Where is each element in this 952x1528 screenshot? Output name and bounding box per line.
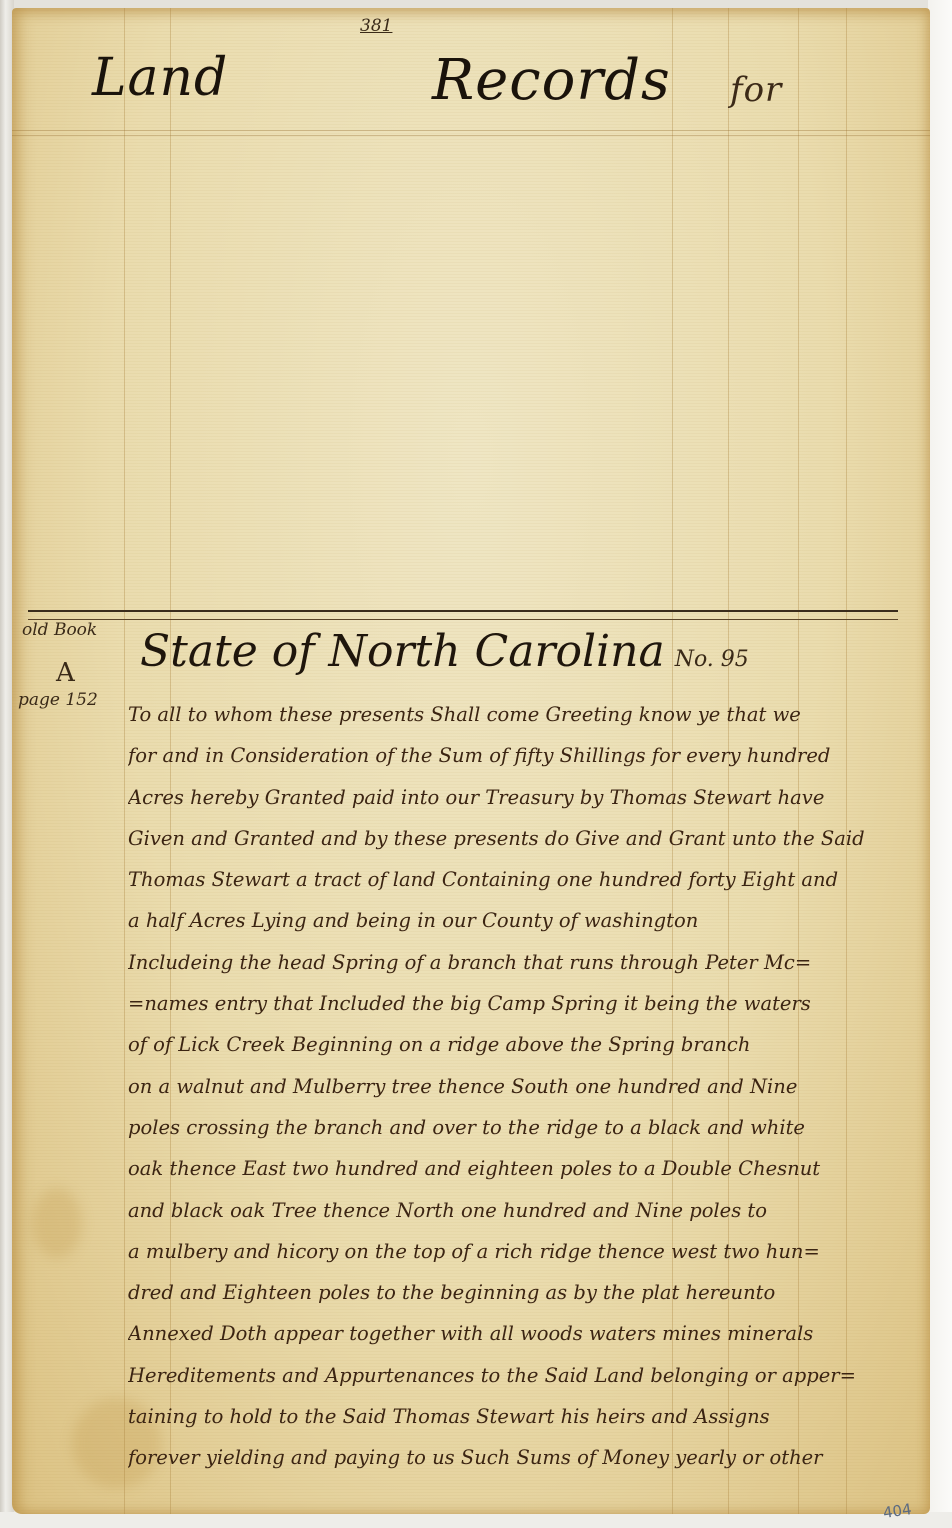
body-line: Includeing the head Spring of a branch t… (128, 942, 888, 983)
body-line: Annexed Doth appear together with all wo… (128, 1313, 888, 1354)
body-line: dred and Eighteen poles to the beginning… (128, 1272, 888, 1313)
body-line: To all to whom these presents Shall come… (128, 694, 888, 735)
body-line: oak thence East two hundred and eighteen… (128, 1148, 888, 1189)
body-line: Thomas Stewart a tract of land Containin… (128, 859, 888, 900)
body-line: and black oak Tree thence North one hund… (128, 1190, 888, 1231)
section-divider (28, 619, 898, 620)
body-line: for and in Consideration of the Sum of f… (128, 735, 888, 776)
margin-note-page: page 152 (18, 690, 98, 710)
body-line: Given and Granted and by these presents … (128, 818, 888, 859)
body-line: a half Acres Lying and being in our Coun… (128, 900, 888, 941)
section-divider (28, 610, 898, 612)
header-rule (12, 135, 930, 136)
body-line: poles crossing the branch and over to th… (128, 1107, 888, 1148)
grant-heading-text: State of North Carolina (140, 626, 665, 677)
body-line: on a walnut and Mulberry tree thence Sou… (128, 1066, 888, 1107)
body-line: Acres hereby Granted paid into our Treas… (128, 777, 888, 818)
page-right-edge (928, 0, 952, 1528)
body-line: of of Lick Creek Beginning on a ridge ab… (128, 1024, 888, 1065)
margin-note-book: old Book (22, 620, 97, 640)
body-line: forever yielding and paying to us Such S… (128, 1437, 888, 1478)
grant-body: To all to whom these presents Shall come… (128, 694, 888, 1479)
water-stain (32, 1188, 82, 1258)
header-title-for: for (730, 70, 782, 110)
margin-note-letter: A (56, 658, 75, 688)
page-bottom-edge (0, 1512, 952, 1528)
folio-number: 381 (360, 16, 392, 36)
body-line: =names entry that Included the big Camp … (128, 983, 888, 1024)
header-rule (12, 130, 930, 131)
body-line: a mulbery and hicory on the top of a ric… (128, 1231, 888, 1272)
body-line: Hereditements and Appurtenances to the S… (128, 1355, 888, 1396)
body-line: taining to hold to the Said Thomas Stewa… (128, 1396, 888, 1437)
header-title-records: Records (432, 48, 671, 113)
header-title-land: Land (92, 48, 228, 108)
margin-rule (124, 8, 125, 1514)
grant-number: No. 95 (675, 647, 749, 672)
grant-heading: State of North CarolinaNo. 95 (140, 626, 749, 677)
